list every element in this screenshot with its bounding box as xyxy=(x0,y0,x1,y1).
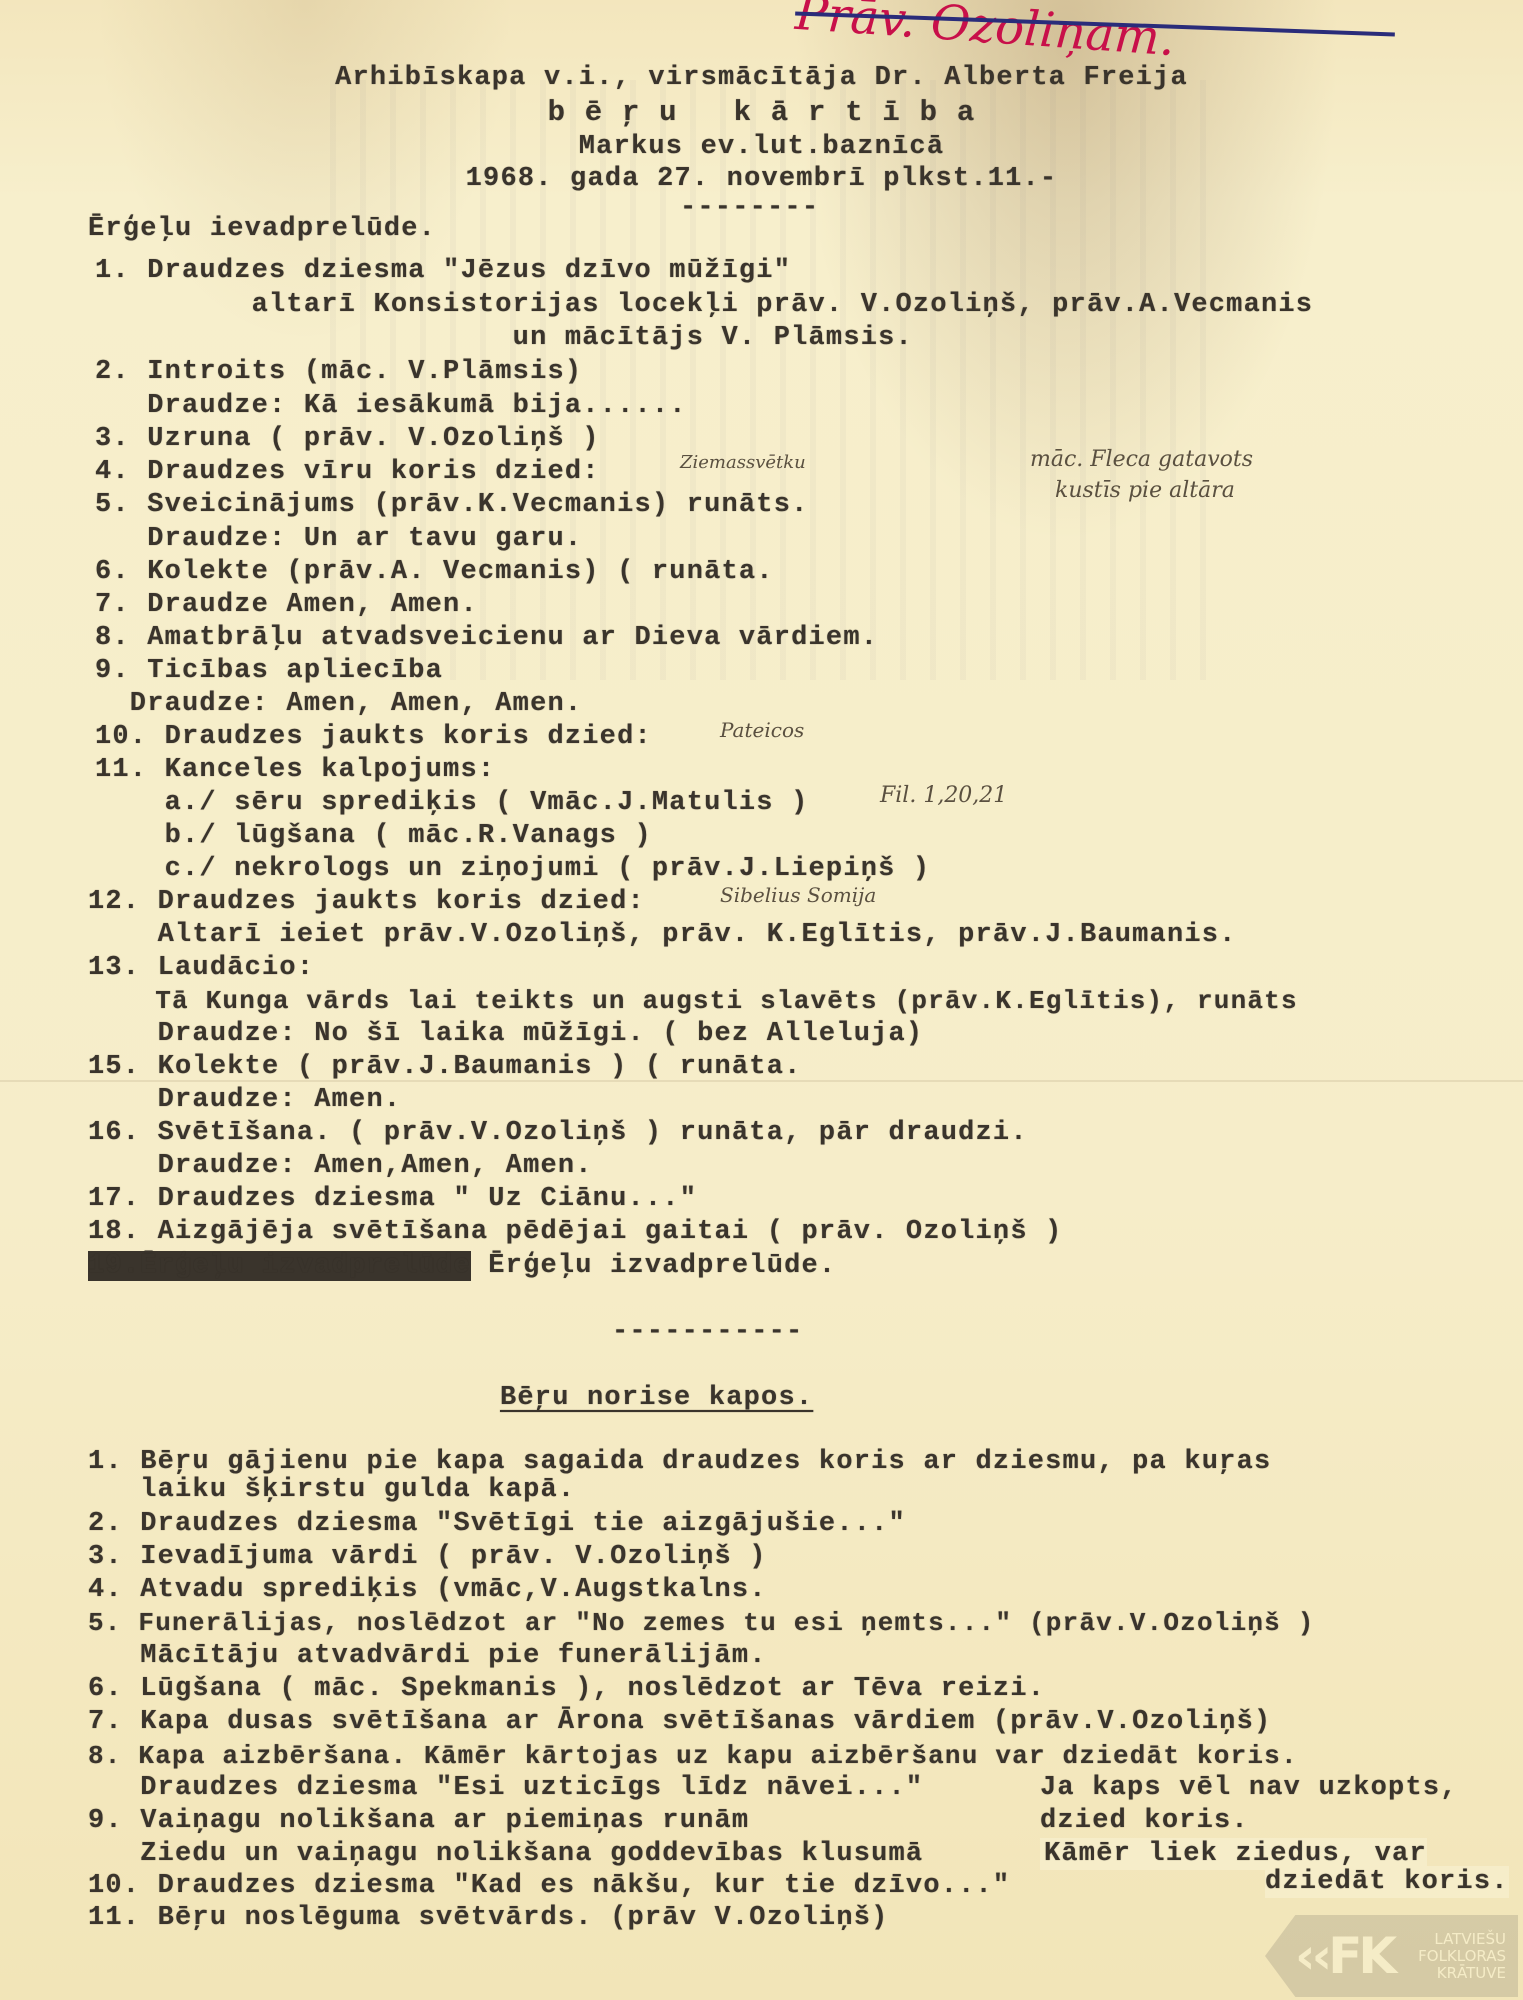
order-line: 17. Draudzes dziesma " Uz Ciānu..." xyxy=(88,1183,697,1215)
cemetery-line: 6. Lūgšana ( māc. Spekmanis ), noslēdzot… xyxy=(88,1673,1045,1705)
header-separator: -------- xyxy=(680,192,819,224)
cemetery-line: Mācītāju atvadvārdi pie funerālijām. xyxy=(88,1640,767,1672)
handwritten-note-item5-line2: kustīs pie altāra xyxy=(1055,478,1235,503)
handwritten-note-item4: Ziemassvētku xyxy=(680,452,806,473)
order-line: Draudze: Amen,Amen, Amen. xyxy=(88,1150,593,1182)
cemetery-line: 10. Draudzes dziesma "Kad es nākšu, kur … xyxy=(88,1870,1010,1902)
order-line: altarī Konsistorijas locekļi prāv. V.Ozo… xyxy=(95,289,1313,321)
cemetery-line: 3. Ievadījuma vārdi ( prāv. V.Ozoliņš ) xyxy=(88,1541,767,1573)
order-line: a./ sēru sprediķis ( Vmāc.J.Matulis ) xyxy=(95,787,809,819)
order-line: Draudze: Amen, Amen, Amen. xyxy=(95,688,582,720)
order-line: 5. Sveicinājums (prāv.K.Vecmanis) runāts… xyxy=(95,489,809,521)
order-line: 9. Ticības apliecība xyxy=(95,655,443,687)
order-line: 2. Introits (māc. V.Plāmsis) xyxy=(95,356,582,388)
cemetery-line: 8. Kapa aizbēršana. Kāmēr kārtojas uz ka… xyxy=(88,1740,1298,1772)
cemetery-line: 7. Kapa dusas svētīšana ar Ārona svētīša… xyxy=(88,1706,1271,1738)
order-line: Draudze: No šī laika mūžīgi. ( bez Allel… xyxy=(88,1018,923,1050)
cemetery-line: Ziedu un vaiņagu nolikšana goddevības kl… xyxy=(88,1838,923,1870)
side-note-line: Ja kaps vēl nav uzkopts, xyxy=(1040,1772,1458,1804)
order-line: 12. Draudzes jaukts koris dzied: xyxy=(88,886,645,918)
order-line: 6. Kolekte (prāv.A. Vecmanis) ( runāta. xyxy=(95,556,774,588)
order-line: Draudze: Un ar tavu garu. xyxy=(95,523,582,555)
order-line: 7. Draudze Amen, Amen. xyxy=(95,589,478,621)
order-line: 15. Kolekte ( prāv.J.Baumanis ) ( runāta… xyxy=(88,1051,802,1083)
header-date: 1968. gada 27. novembrī plkst.11.- xyxy=(0,163,1523,195)
struck-out-text: 19.Ērģeļu izvadprelūde xyxy=(88,1251,471,1281)
archive-logo: ‹‹FK LATVIEŠU FOLKLORAS KRĀTUVE xyxy=(1265,1915,1518,1997)
order-line: 3. Uzruna ( prāv. V.Ozoliņš ) xyxy=(95,423,600,455)
order-line: Draudze: Amen. xyxy=(88,1084,401,1116)
order-line: b./ lūgšana ( māc.R.Vanags ) xyxy=(95,820,652,852)
cemetery-line: 2. Draudzes dziesma "Svētīgi tie aizgāju… xyxy=(88,1508,906,1540)
side-note-line: dziedāt koris. xyxy=(1265,1866,1509,1898)
cemetery-line: Draudzes dziesma "Esi uzticīgs līdz nāve… xyxy=(88,1772,923,1804)
order-line: 18. Aizgājēja svētīšana pēdējai gaitai (… xyxy=(88,1216,1063,1248)
cemetery-line: 11. Bēŗu noslēguma svētvārds. (prāv V.Oz… xyxy=(88,1902,889,1934)
cemetery-heading: Bēŗu norise kapos. xyxy=(500,1382,813,1414)
cemetery-line: laiku šķirstu gulda kapā. xyxy=(88,1474,575,1506)
order-line: 11. Kanceles kalpojums: xyxy=(95,754,495,786)
order-line: 8. Amatbrāļu atvadsveicienu ar Dieva vār… xyxy=(95,622,878,654)
order-line: 13. Laudācio: xyxy=(88,952,314,984)
postlude-line: 19.Ērģeļu izvadprelūde Ērģeļu izvadprelū… xyxy=(88,1250,836,1282)
cemetery-line: 4. Atvadu sprediķis (vmāc,V.Augstkalns. xyxy=(88,1574,767,1606)
order-line: c./ nekrologs un ziņojumi ( prāv.J.Liepi… xyxy=(95,853,930,885)
document-title: b ē ŗ u k ā r t ī b a xyxy=(0,97,1523,129)
section-separator: ----------- xyxy=(612,1316,803,1348)
order-line: 1. Draudzes dziesma "Jēzus dzīvo mūžīgi" xyxy=(95,255,791,287)
header-line-1: Arhibīskapa v.i., virsmācītāja Dr. Alber… xyxy=(0,62,1523,94)
handwritten-note-item12: Sibelius Somija xyxy=(720,883,876,907)
order-line: Tā Kunga vārds lai teikts un augsti slav… xyxy=(88,985,1298,1017)
order-line: 10. Draudzes jaukts koris dzied: xyxy=(95,721,652,753)
logo-text: LATVIEŠU FOLKLORAS KRĀTUVE xyxy=(1418,1931,1506,1982)
order-line: Draudze: Kā iesākumā bija...... xyxy=(95,390,687,422)
order-line: 16. Svētīšana. ( prāv.V.Ozoliņš ) runāta… xyxy=(88,1117,1028,1149)
logo-mark-icon: ‹‹FK xyxy=(1295,1927,1393,1985)
order-line: 4. Draudzes vīru koris dzied: xyxy=(95,456,600,488)
prelude-line: Ērģeļu ievadprelūde. xyxy=(88,213,436,245)
cemetery-line: 5. Funerālijas, noslēdzot ar "No zemes t… xyxy=(88,1607,1315,1639)
order-line: Altarī ieiet prāv.V.Ozoliņš, prāv. K.Egl… xyxy=(88,919,1237,951)
handwritten-note-item5-line1: māc. Fleca gatavots xyxy=(1030,447,1253,472)
order-line: un mācītājs V. Plāmsis. xyxy=(95,322,913,354)
header-line-3: Markus ev.lut.baznīcā xyxy=(0,131,1523,163)
handwritten-note-item11a: Fil. 1,20,21 xyxy=(880,783,1007,808)
handwritten-note-item10: Pateicos xyxy=(720,718,804,742)
side-note-line: dzied koris. xyxy=(1040,1805,1249,1837)
cemetery-line: 9. Vaiņagu nolikšana ar piemiņas runām xyxy=(88,1805,749,1837)
